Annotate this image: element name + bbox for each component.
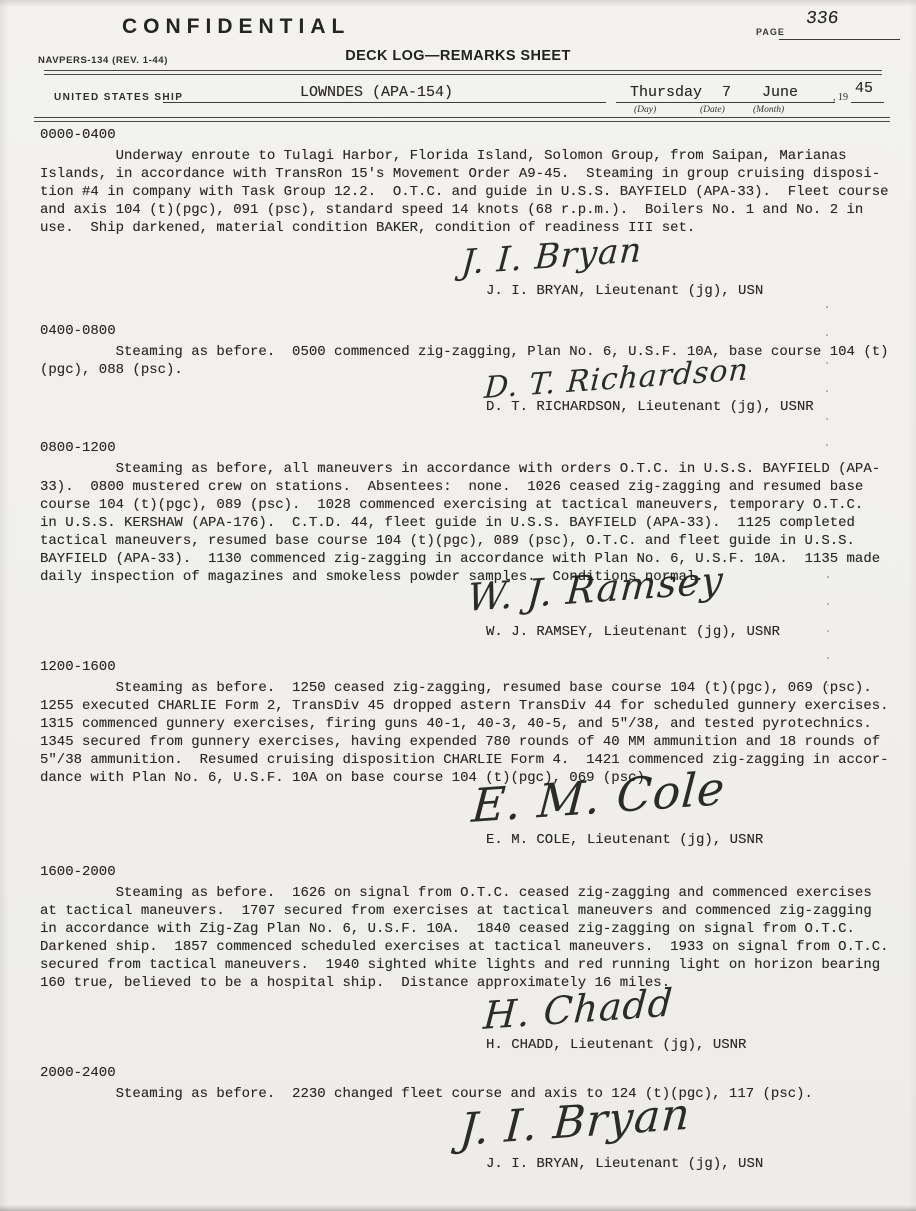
ship-name-line [163, 102, 606, 103]
log-entry-0800-1200: 0800-1200 Steaming as before, all maneuv… [40, 439, 912, 658]
scan-artifact-dots [826, 306, 828, 308]
log-entry-1600-2000: 1600-2000 Steaming as before. 1626 on si… [40, 863, 912, 1064]
page-label: PAGE [756, 27, 785, 37]
log-entry-1200-1600: 1200-1600 Steaming as before. 1250 cease… [40, 658, 912, 863]
entry-text: Steaming as before. 2230 changed fleet c… [40, 1085, 912, 1103]
day-column-label: (Day) [634, 105, 656, 115]
scan-artifact-dots [827, 576, 829, 578]
date-month: June [762, 84, 798, 101]
log-entry-2000-2400: 2000-2400 Steaming as before. 2230 chang… [40, 1064, 912, 1203]
signature-typed-ramsey: W. J. RAMSEY, Lieutenant (jg), USNR [486, 625, 780, 639]
deck-log-page: CONFIDENTIAL PAGE 336 NAVPERS-134 (REV. … [0, 0, 916, 1211]
month-column-label: (Month) [753, 105, 784, 115]
year-line [851, 102, 884, 103]
signature-typed-chadd: H. CHADD, Lieutenant (jg), USNR [486, 1038, 746, 1052]
signature-typed-bryan: J. I. BRYAN, Lieutenant (jg), USN [486, 284, 763, 298]
signature-block: J. I. Bryan J. I. BRYAN, Lieutenant (jg)… [40, 237, 912, 322]
year-prefix: , 19 [833, 92, 848, 103]
entry-text: Steaming as before, all maneuvers in acc… [40, 460, 912, 586]
ship-name: LOWNDES (APA-154) [300, 84, 453, 101]
page-header: CONFIDENTIAL PAGE 336 NAVPERS-134 (REV. … [0, 0, 916, 126]
page-number: 336 [805, 9, 840, 29]
signature-block: W. J. Ramsey W. J. RAMSEY, Lieutenant (j… [40, 586, 912, 658]
entry-text: Steaming as before. 0500 commenced zig-z… [40, 343, 912, 379]
signature-block: E. M. Cole E. M. COLE, Lieutenant (jg), … [40, 787, 912, 863]
signature-block: J. I. Bryan J. I. BRYAN, Lieutenant (jg)… [40, 1103, 912, 1203]
entry-time-range: 0400-0800 [40, 322, 912, 340]
entry-text: Steaming as before. 1626 on signal from … [40, 884, 912, 992]
entry-time-range: 1600-2000 [40, 863, 912, 881]
page-number-line [779, 39, 900, 40]
header-double-rule-bottom [34, 117, 890, 122]
log-entries: 0000-0400 Underway enroute to Tulagi Har… [40, 126, 912, 1203]
signature-typed-richardson: D. T. RICHARDSON, Lieutenant (jg), USNR [486, 400, 814, 414]
year-value: 45 [855, 80, 873, 97]
entry-time-range: 1200-1600 [40, 658, 912, 676]
signature-block: D. T. Richardson D. T. RICHARDSON, Lieut… [40, 379, 912, 439]
form-title: DECK LOG—REMARKS SHEET [0, 48, 916, 64]
entry-text: Steaming as before. 1250 ceased zig-zagg… [40, 679, 912, 787]
entry-text: Underway enroute to Tulagi Harbor, Flori… [40, 147, 912, 237]
date-day: Thursday [630, 84, 702, 101]
header-double-rule-top [44, 70, 882, 75]
log-entry-0400-0800: 0400-0800 Steaming as before. 0500 comme… [40, 322, 912, 439]
signature-handwriting-bryan: J. I. Bryan [460, 230, 644, 283]
signature-typed-bryan-2: J. I. BRYAN, Lieutenant (jg), USN [486, 1157, 763, 1171]
date-line [616, 102, 835, 103]
log-entry-0000-0400: 0000-0400 Underway enroute to Tulagi Har… [40, 126, 912, 322]
signature-typed-cole: E. M. COLE, Lieutenant (jg), USNR [486, 833, 763, 847]
entry-time-range: 2000-2400 [40, 1064, 912, 1082]
classification-stamp: CONFIDENTIAL [122, 15, 350, 39]
date-number: 7 [722, 84, 731, 101]
date-column-label: (Date) [700, 105, 725, 115]
entry-time-range: 0800-1200 [40, 439, 912, 457]
entry-time-range: 0000-0400 [40, 126, 912, 144]
signature-block: H. Chadd H. CHADD, Lieutenant (jg), USNR [40, 992, 912, 1064]
